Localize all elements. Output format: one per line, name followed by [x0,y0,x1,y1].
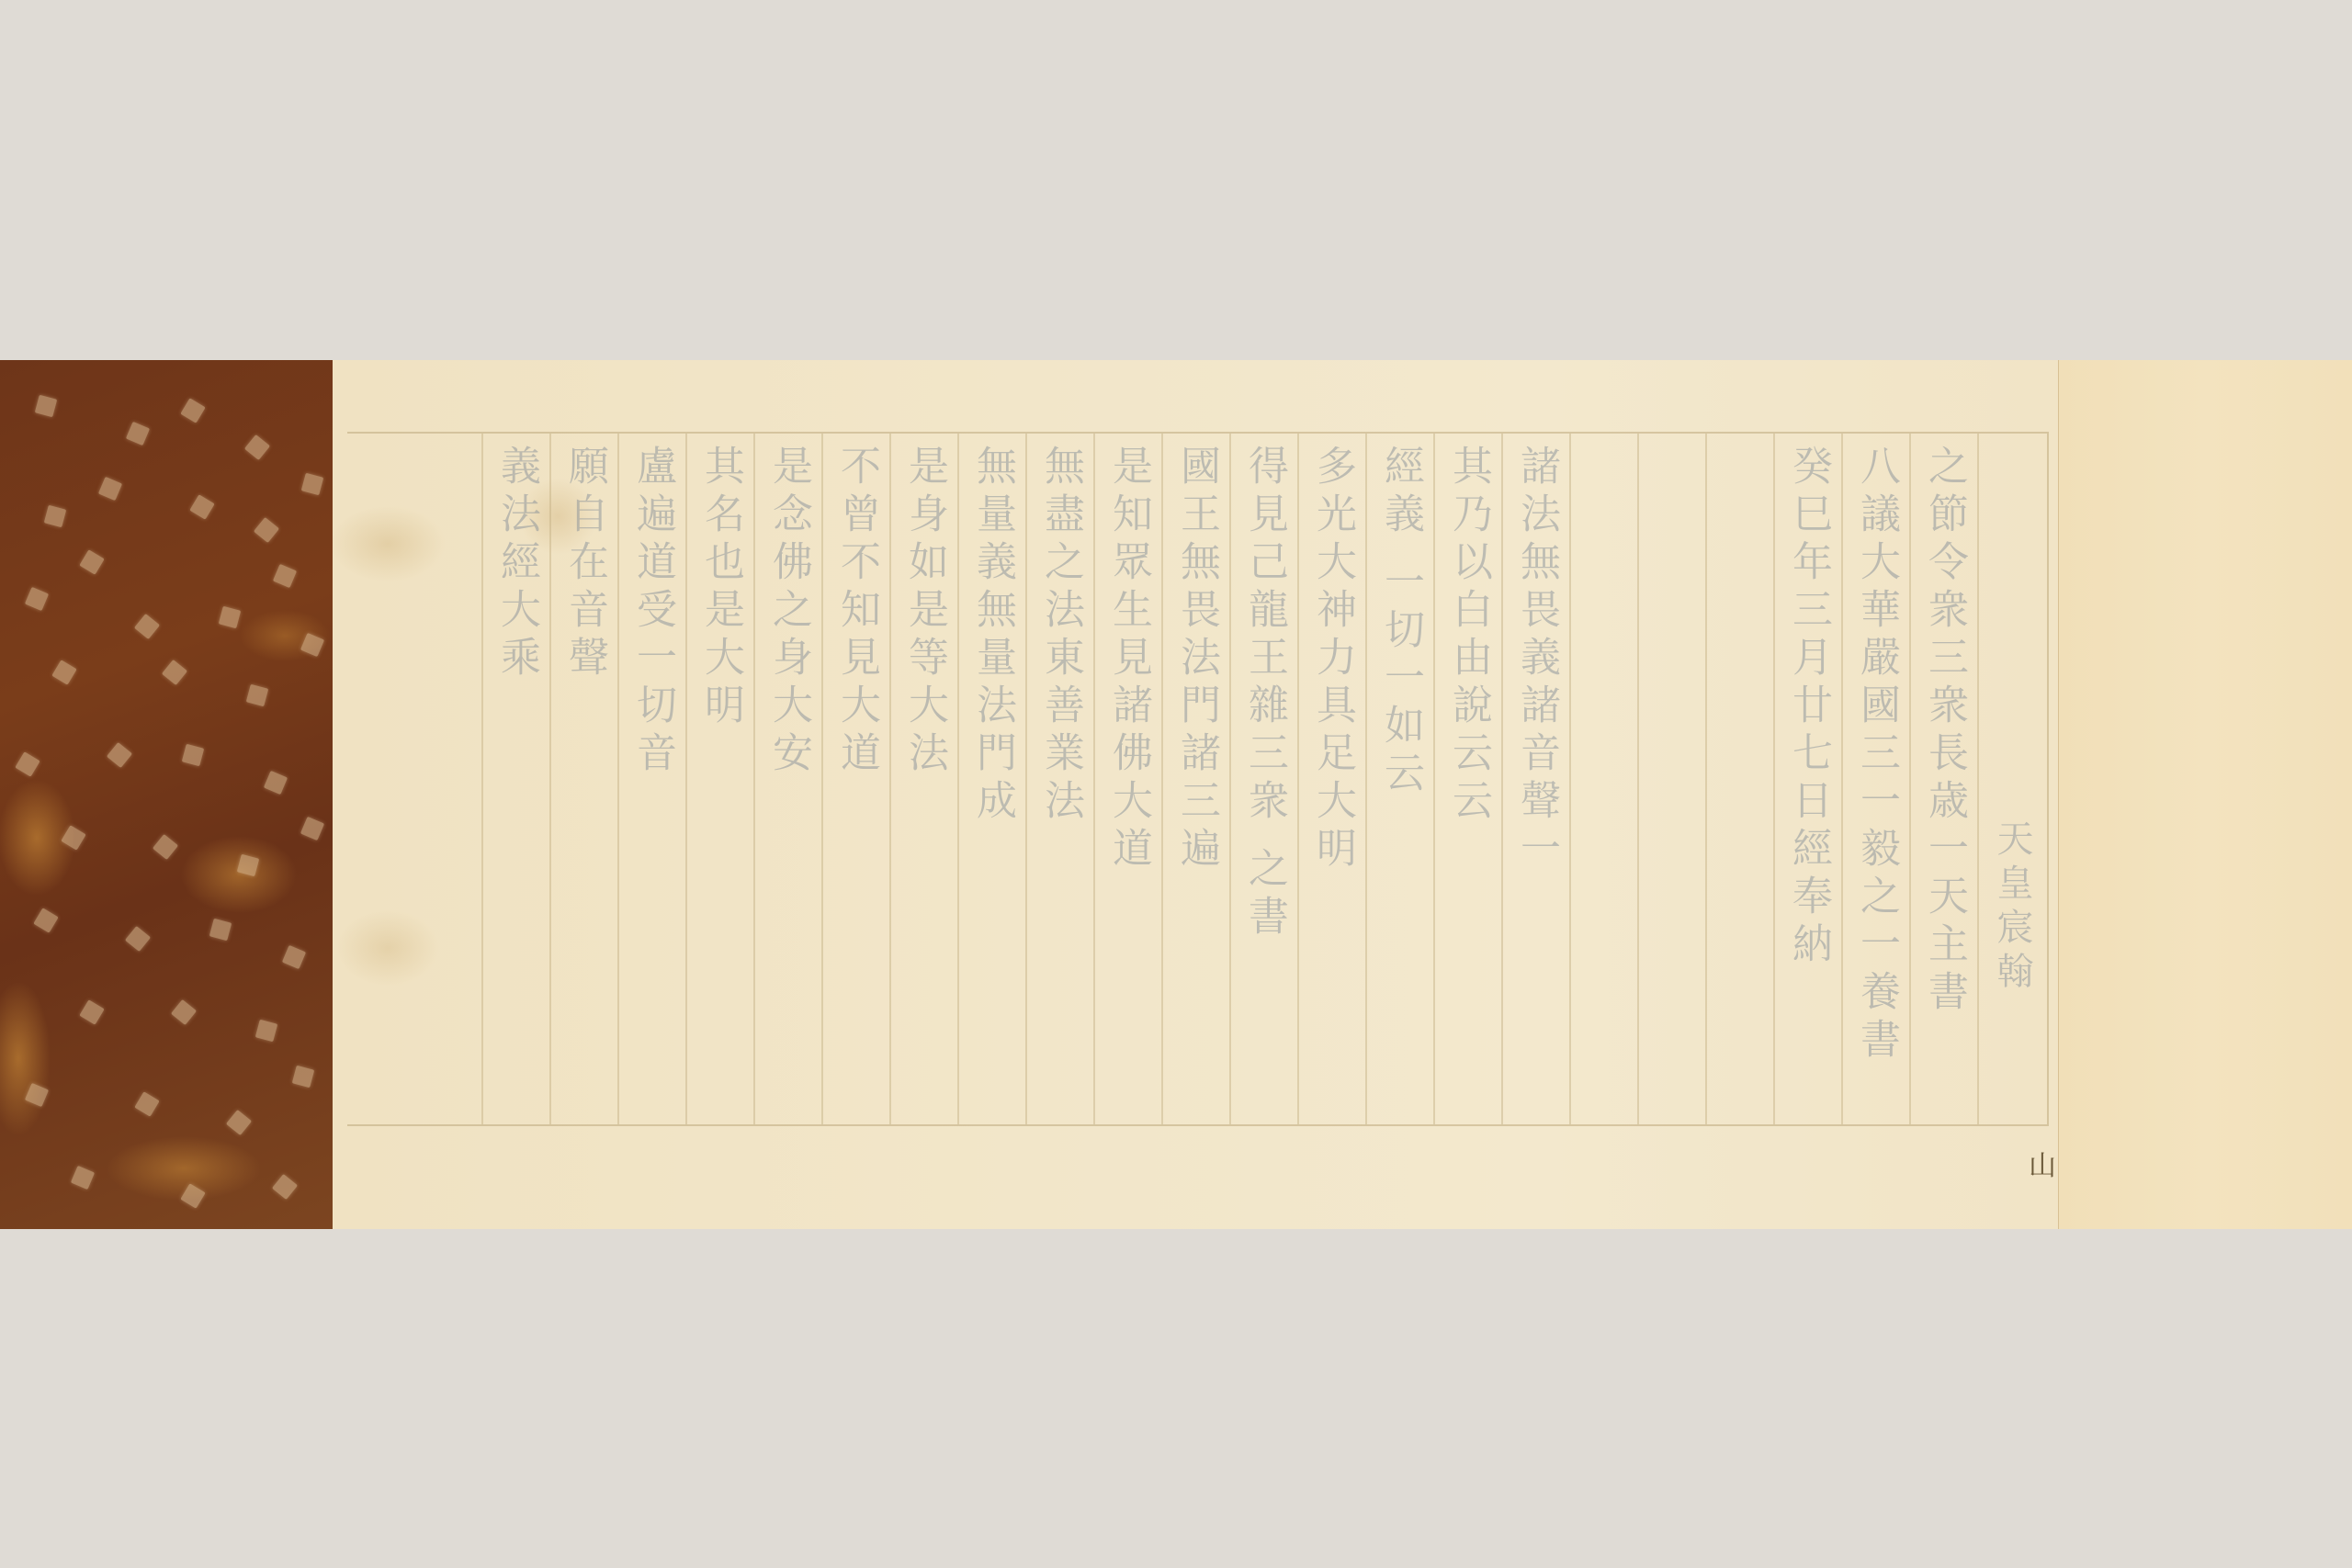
gold-diamond-pattern [125,926,151,952]
gold-diamond-pattern [79,549,104,574]
text-column: 之節令衆三衆長歳一天主書 [1909,434,1977,1124]
column-text: 是身如是等大法 [904,445,944,779]
column-text: 天皇宸翰 [1994,819,2030,996]
column-text: 其名也是大明 [700,445,741,731]
gold-diamond-pattern [282,945,306,969]
text-column: 盧遍道受一切音 [617,434,685,1124]
gold-diamond-pattern [71,1166,95,1190]
column-text: 義法經大乘 [496,445,537,683]
gold-diamond-pattern [292,1066,314,1088]
gold-diamond-pattern [61,825,85,850]
text-column: 是念佛之身大安 [753,434,821,1124]
column-text: 無量義無量法門成 [972,445,1012,827]
manuscript-paper: 天皇宸翰之節令衆三衆長歳一天主書八議大華嚴國三一毅之一養書癸巳年三月廿七日經奉納… [333,360,2058,1229]
gold-diamond-pattern [134,1091,159,1116]
text-column: 其乃以白由說云云 [1433,434,1501,1124]
text-column: 無量義無量法門成 [957,434,1025,1124]
gold-diamond-pattern [98,477,122,501]
gold-diamond-pattern [25,587,49,611]
end-paper [2058,360,2352,1229]
column-text: 其乃以白由說云云 [1448,445,1488,827]
column-text: 諸法無畏義諸音聲一 [1516,445,1556,874]
text-column: 癸巳年三月廿七日經奉納 [1773,434,1841,1124]
gold-diamond-pattern [226,1110,252,1135]
gold-diamond-pattern [35,395,57,417]
gold-diamond-pattern [79,999,104,1024]
text-column: 是身如是等大法 [889,434,957,1124]
column-text: 國王無畏法門諸三遍 [1176,445,1216,874]
gold-diamond-pattern [171,999,197,1025]
text-column: 諸法無畏義諸音聲一 [1501,434,1569,1124]
gold-diamond-pattern [255,1020,277,1042]
text-column [1705,434,1773,1124]
gold-diamond-pattern [153,834,178,860]
column-text: 得見己龍王雜三衆 之書 [1244,445,1284,942]
gold-diamond-pattern [300,633,324,657]
gold-diamond-pattern [180,1183,205,1208]
text-column: 義法經大乘 [481,434,549,1124]
text-column: 不曾不知見大道 [821,434,889,1124]
column-text: 癸巳年三月廿七日經奉納 [1788,445,1828,970]
gold-diamond-pattern [51,660,76,684]
text-column [1569,434,1637,1124]
brocade-mounting [0,360,333,1229]
gold-diamond-pattern [209,919,232,941]
text-column: 經義 一切一如云 [1365,434,1433,1124]
text-column: 國王無畏法門諸三遍 [1161,434,1229,1124]
gold-diamond-pattern [219,606,241,628]
seal-mark: 山 [2029,1143,2056,1183]
gold-diamond-pattern [301,473,323,495]
gold-diamond-pattern [300,817,324,840]
column-text: 不曾不知見大道 [836,445,876,779]
text-column: 其名也是大明 [685,434,753,1124]
gold-diamond-pattern [273,564,297,588]
text-column: 八議大華嚴國三一毅之一養書 [1841,434,1909,1124]
gold-diamond-pattern [244,434,270,460]
text-column: 多光大神力具足大明 [1297,434,1365,1124]
text-column [1637,434,1705,1124]
column-text: 經義 一切一如云 [1380,445,1420,799]
column-text: 願自在音聲 [564,445,605,683]
gold-diamond-pattern [162,660,187,685]
gold-diamond-pattern [134,614,160,639]
handscroll: 天皇宸翰之節令衆三衆長歳一天主書八議大華嚴國三一毅之一養書癸巳年三月廿七日經奉納… [0,360,2352,1229]
gold-diamond-pattern [126,422,150,446]
column-text: 盧遍道受一切音 [632,445,673,779]
text-column: 天皇宸翰 [1977,434,2045,1124]
gold-diamond-pattern [272,1174,298,1200]
column-text: 多光大神力具足大明 [1312,445,1352,874]
gold-diamond-pattern [33,908,58,932]
text-column: 得見己龍王雜三衆 之書 [1229,434,1297,1124]
gold-diamond-pattern [25,1083,49,1107]
gold-diamond-pattern [189,494,214,519]
gold-diamond-pattern [182,744,204,766]
gold-diamond-pattern [254,517,279,543]
column-text: 是念佛之身大安 [768,445,808,779]
gold-diamond-pattern [180,398,205,423]
column-text: 之節令衆三衆長歳一天主書 [1924,445,1964,1018]
gold-diamond-pattern [246,684,268,706]
gold-diamond-pattern [107,742,132,768]
ruled-text-area: 天皇宸翰之節令衆三衆長歳一天主書八議大華嚴國三一毅之一養書癸巳年三月廿七日經奉納… [347,432,2049,1126]
text-column: 無盡之法東善業法 [1025,434,1093,1124]
text-column: 是知眾生見諸佛大道 [1093,434,1161,1124]
gold-diamond-pattern [15,751,40,776]
column-text: 是知眾生見諸佛大道 [1108,445,1148,874]
text-column: 願自在音聲 [549,434,617,1124]
gold-diamond-pattern [264,771,288,795]
column-text: 八議大華嚴國三一毅之一養書 [1856,445,1896,1066]
column-text: 無盡之法東善業法 [1040,445,1080,827]
gold-diamond-pattern [44,505,66,527]
gold-diamond-pattern [237,854,259,876]
